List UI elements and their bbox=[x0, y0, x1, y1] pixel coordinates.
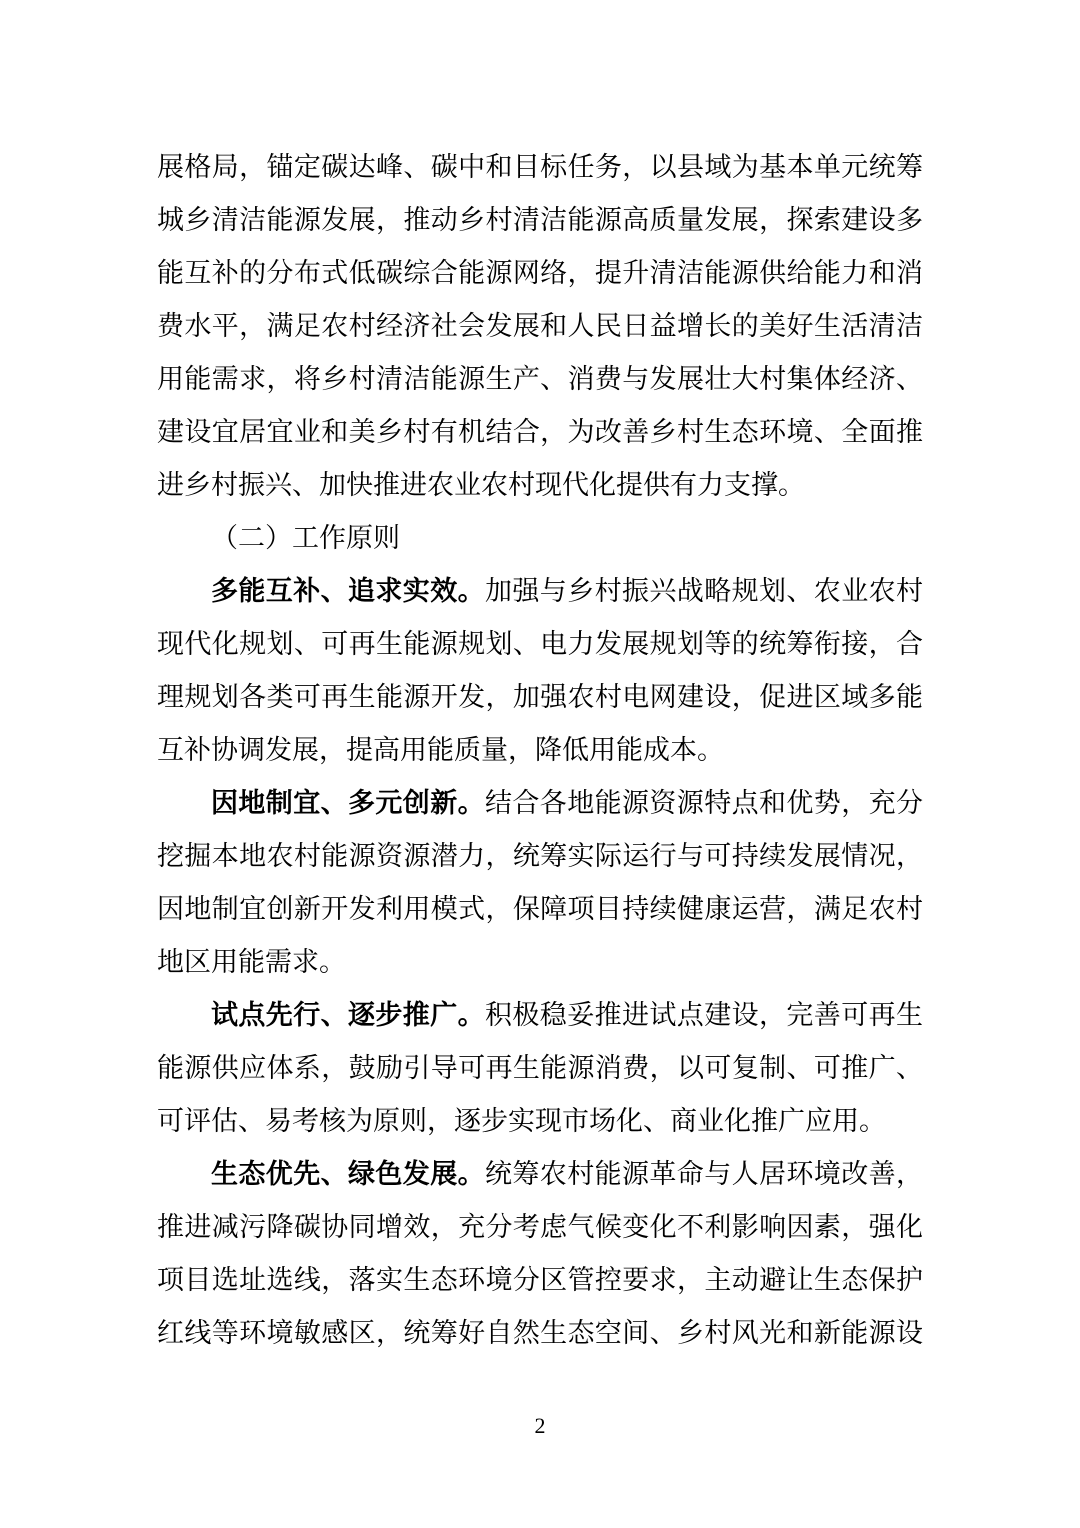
document-body: 展格局，锚定碳达峰、碳中和目标任务，以县域为基本单元统筹 城乡清洁能源发展，推动… bbox=[157, 141, 923, 1360]
body-line: 理规划各类可再生能源开发，加强农村电网建设，促进区域多能 bbox=[157, 671, 923, 724]
body-line: 可评估、易考核为原则，逐步实现市场化、商业化推广应用。 bbox=[157, 1095, 923, 1148]
body-line: 地区用能需求。 bbox=[157, 936, 923, 989]
body-line: 项目选址选线，落实生态环境分区管控要求，主动避让生态保护 bbox=[157, 1254, 923, 1307]
body-line: 能源供应体系，鼓励引导可再生能源消费，以可复制、可推广、 bbox=[157, 1042, 923, 1095]
body-line: 城乡清洁能源发展，推动乡村清洁能源高质量发展，探索建设多 bbox=[157, 194, 923, 247]
paragraph-lead: 因地制宜、多元创新。 bbox=[211, 788, 485, 818]
body-line: 用能需求，将乡村清洁能源生产、消费与发展壮大村集体经济、 bbox=[157, 353, 923, 406]
paragraph-lead: 多能互补、追求实效。 bbox=[211, 576, 485, 606]
paragraph-first-line: 试点先行、逐步推广。积极稳妥推进试点建设，完善可再生 bbox=[157, 989, 923, 1042]
page-number: 2 bbox=[0, 1408, 1080, 1444]
paragraph-lead-rest: 结合各地能源资源特点和优势，充分 bbox=[485, 788, 923, 818]
body-line: 红线等环境敏感区，统筹好自然生态空间、乡村风光和新能源设 bbox=[157, 1307, 923, 1360]
body-line: 互补协调发展，提高用能质量，降低用能成本。 bbox=[157, 724, 923, 777]
paragraph-first-line: 多能互补、追求实效。加强与乡村振兴战略规划、农业农村 bbox=[157, 565, 923, 618]
body-line: 进乡村振兴、加快推进农业农村现代化提供有力支撑。 bbox=[157, 459, 923, 512]
body-line: 挖掘本地农村能源资源潜力，统筹实际运行与可持续发展情况， bbox=[157, 830, 923, 883]
body-line: 能互补的分布式低碳综合能源网络，提升清洁能源供给能力和消 bbox=[157, 247, 923, 300]
body-line: 展格局，锚定碳达峰、碳中和目标任务，以县域为基本单元统筹 bbox=[157, 141, 923, 194]
body-line: 推进减污降碳协同增效，充分考虑气候变化不利影响因素，强化 bbox=[157, 1201, 923, 1254]
paragraph-lead: 试点先行、逐步推广。 bbox=[211, 1000, 485, 1030]
body-line: 现代化规划、可再生能源规划、电力发展规划等的统筹衔接，合 bbox=[157, 618, 923, 671]
body-line: 因地制宜创新开发利用模式，保障项目持续健康运营，满足农村 bbox=[157, 883, 923, 936]
paragraph-lead-rest: 加强与乡村振兴战略规划、农业农村 bbox=[485, 576, 923, 606]
body-line: 建设宜居宜业和美乡村有机结合，为改善乡村生态环境、全面推 bbox=[157, 406, 923, 459]
paragraph-lead-rest: 积极稳妥推进试点建设，完善可再生 bbox=[485, 1000, 923, 1030]
paragraph-lead-rest: 统筹农村能源革命与人居环境改善， bbox=[485, 1159, 923, 1189]
section-heading: （二）工作原则 bbox=[157, 512, 923, 565]
paragraph-first-line: 因地制宜、多元创新。结合各地能源资源特点和优势，充分 bbox=[157, 777, 923, 830]
document-page: 展格局，锚定碳达峰、碳中和目标任务，以县域为基本单元统筹 城乡清洁能源发展，推动… bbox=[0, 0, 1080, 1528]
paragraph-lead: 生态优先、绿色发展。 bbox=[211, 1159, 485, 1189]
body-line: 费水平，满足农村经济社会发展和人民日益增长的美好生活清洁 bbox=[157, 300, 923, 353]
paragraph-first-line: 生态优先、绿色发展。统筹农村能源革命与人居环境改善， bbox=[157, 1148, 923, 1201]
